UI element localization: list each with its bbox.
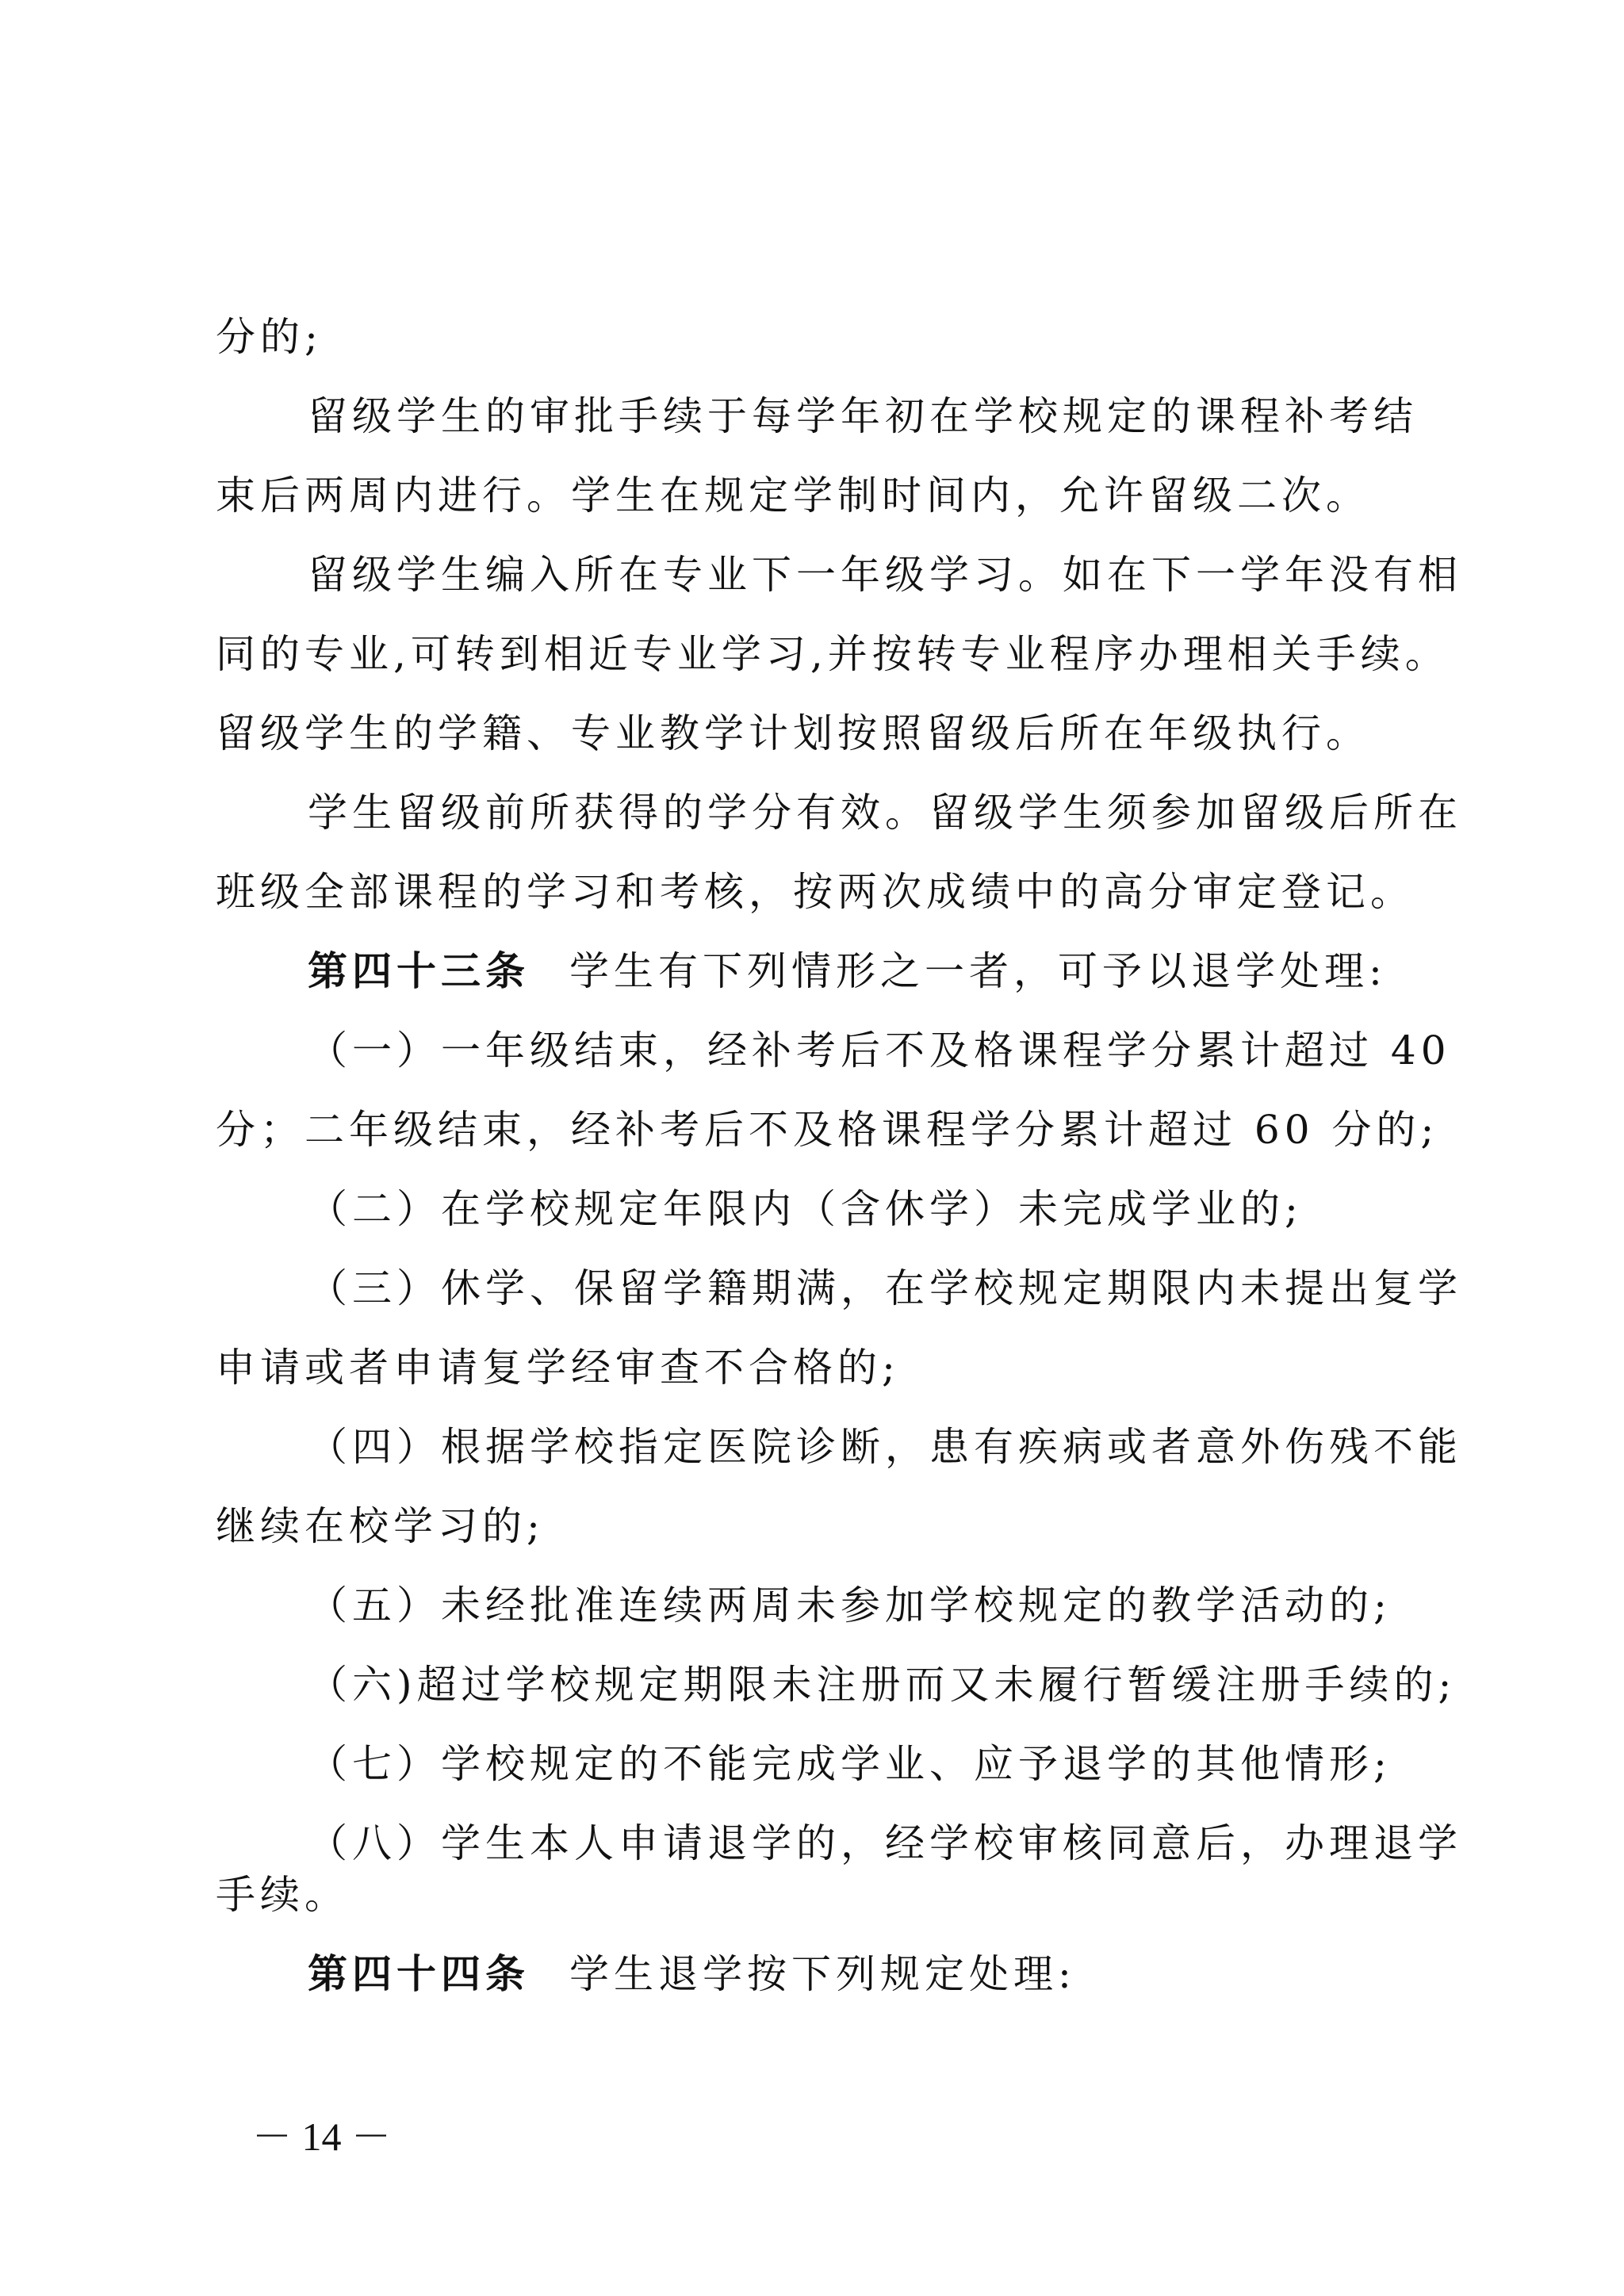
article-43: 第四十三条学生有下列情形之一者，可予以退学处理: (308, 947, 1545, 995)
list-item: （二）在学校规定年限内（含休学）未完成学业的; (308, 1185, 1545, 1233)
list-item: （八）学生本人申请退学的，经学校审核同意后，办理退学 (308, 1820, 1545, 1867)
article-43-heading: 第四十三条 (308, 948, 530, 994)
text-line: 留级学生编入所在专业下一年级学习。如在下一学年没有相 (308, 551, 1545, 599)
list-item: （三）休学、保留学籍期满，在学校规定期限内未提出复学 (308, 1265, 1545, 1312)
text-line: 束后两周内进行。学生在规定学制时间内，允许留级二次。 (216, 472, 1453, 519)
list-item: （五）未经批准连续两周未参加学校规定的教学活动的; (308, 1582, 1545, 1629)
list-item: （六)超过学校规定期限未注册而又未履行暂缓注册手续的; (308, 1661, 1545, 1709)
list-item: 分；二年级结束，经补考后不及格课程学分累计超过 60 分的; (216, 1106, 1453, 1154)
list-item: 继续在校学习的; (216, 1502, 1453, 1550)
list-item: （一）一年级结束，经补考后不及格课程学分累计超过 40 (308, 1027, 1545, 1074)
list-item: （七）学校规定的不能完成学业、应予退学的其他情形; (308, 1740, 1545, 1788)
text-line: 分的; (216, 313, 1453, 361)
text-line: 学生留级前所获得的学分有效。留级学生须参加留级后所在 (308, 789, 1545, 836)
article-43-text: 学生有下列情形之一者，可予以退学处理: (569, 948, 1387, 994)
text-line: 班级全部课程的学习和考核，按两次成绩中的高分审定登记。 (216, 868, 1453, 916)
text-line: 同的专业,可转到相近专业学习,并按转专业程序办理相关手续。 (216, 630, 1453, 678)
page-number: － 14 － (252, 2113, 391, 2160)
list-item: 手续。 (216, 1871, 1453, 1919)
text-line: 留级学生的学籍、专业教学计划按照留级后所在年级执行。 (216, 710, 1453, 757)
text-line: 留级学生的审批手续于每学年初在学校规定的课程补考结 (308, 392, 1545, 440)
article-44-text: 学生退学按下列规定处理: (569, 1951, 1076, 1997)
article-44: 第四十四条学生退学按下列规定处理: (308, 1950, 1545, 1998)
article-44-heading: 第四十四条 (308, 1951, 530, 1997)
list-item: （四）根据学校指定医院诊断，患有疾病或者意外伤残不能 (308, 1423, 1545, 1471)
document-page: 分的; 留级学生的审批手续于每学年初在学校规定的课程补考结 束后两周内进行。学生… (0, 0, 1624, 2296)
list-item: 申请或者申请复学经审查不合格的; (216, 1344, 1453, 1391)
